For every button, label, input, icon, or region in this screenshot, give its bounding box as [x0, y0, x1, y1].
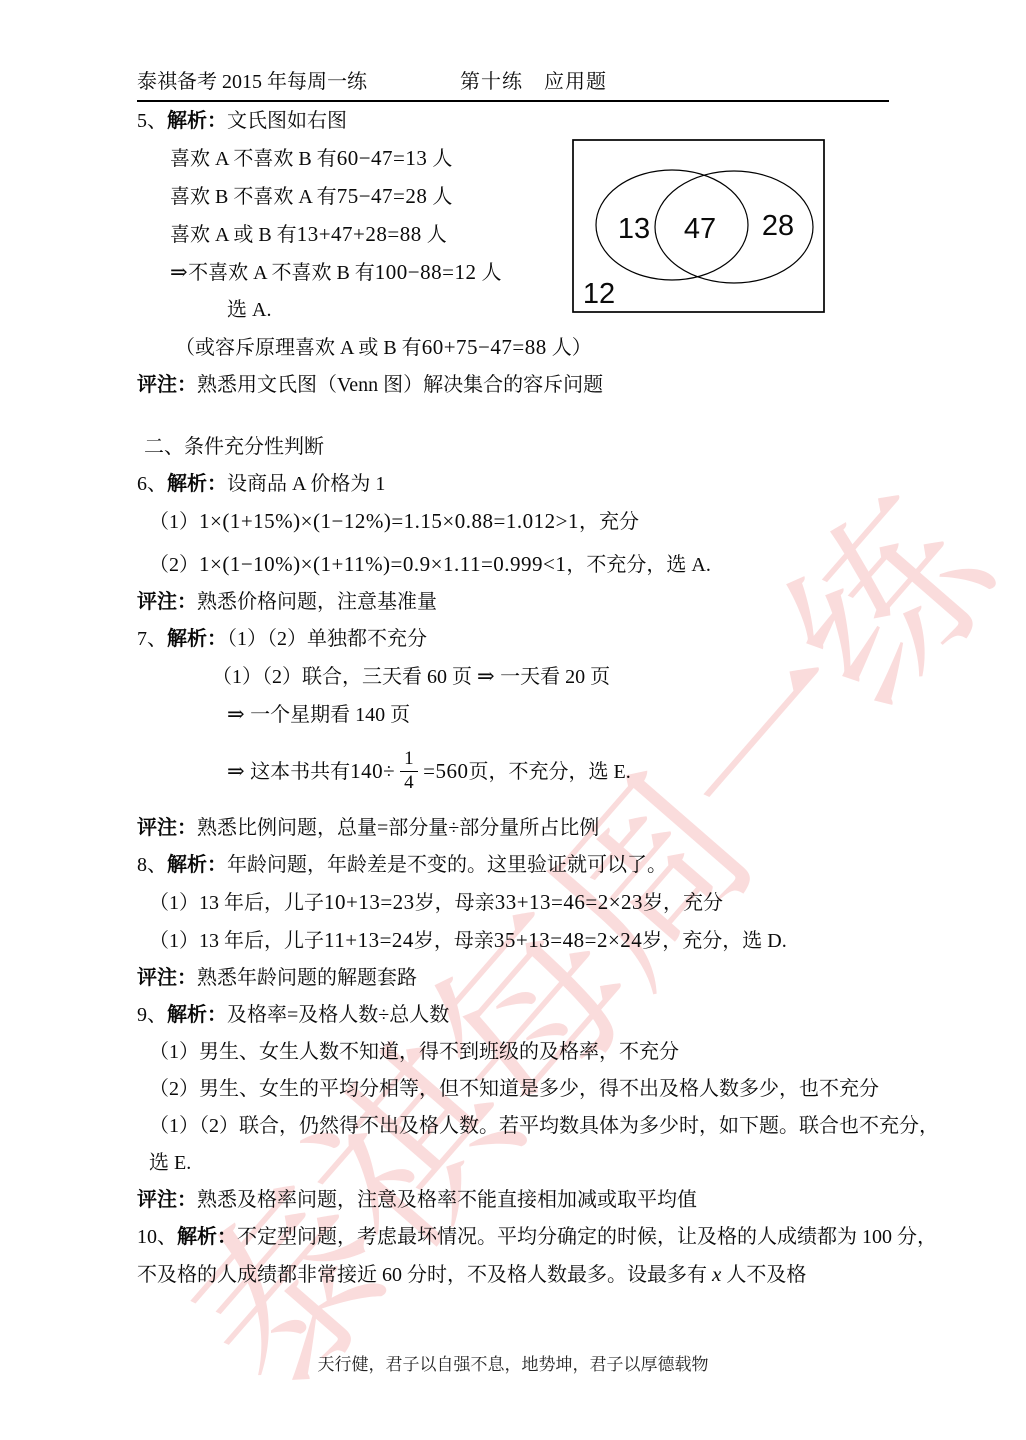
label-bold: 解析：	[167, 110, 227, 132]
math-segment: 33+13=46=2×23	[495, 890, 643, 914]
math-segment: 140÷	[350, 759, 395, 783]
text-segment: 熟悉价格问题，注意基准量	[197, 591, 437, 613]
text-segment: 选 E.	[149, 1152, 191, 1174]
label-bold: 评注：	[137, 591, 197, 613]
stacked-fraction: 14	[400, 749, 418, 794]
text-segment: 熟悉用文氏图（Venn 图）解决集合的容斥问题	[197, 374, 603, 396]
text-segment: 熟悉年龄问题的解题套路	[197, 967, 417, 989]
label-bold: 评注：	[137, 374, 197, 396]
text-line: 二、条件充分性判断	[137, 434, 906, 460]
label-bold: 评注：	[137, 817, 197, 839]
page-header: 泰祺备考 2015 年每周一练 第十练 应用题	[137, 70, 889, 102]
text-segment: 人不及格	[721, 1264, 806, 1286]
venn-label-right-only: 28	[762, 210, 794, 242]
text-line: 评注：熟悉比例问题，总量=部分量÷部分量所占比例	[137, 815, 906, 841]
math-segment: 1×(1−10%)×(1+11%)=0.9×1.11=0.999<1	[199, 552, 566, 576]
text-segment: ，充分	[579, 511, 639, 533]
math-segment: 60+75−47=88	[422, 335, 547, 359]
math-segment: 11+13=24	[324, 928, 414, 952]
text-line: ⇒ 这本书共有140÷14=560页，不充分，选 E.	[137, 739, 906, 804]
label-bold: 评注：	[137, 967, 197, 989]
text-segment: 选 A.	[227, 299, 271, 321]
math-segment: 100−88=12	[375, 260, 477, 284]
math-segment: =560	[423, 759, 468, 783]
text-segment: 二、条件充分性判断	[144, 436, 324, 458]
text-segment: 人）	[547, 337, 592, 359]
text-segment: 一天看 20 页	[495, 666, 610, 688]
text-line: 评注：熟悉价格问题，注意基准量	[137, 589, 906, 615]
venn-diagram: 13 47 28 12	[572, 139, 825, 313]
text-segment: （1）（2）联合，三天看 60 页	[212, 666, 477, 688]
header-left-title: 泰祺备考 2015 年每周一练	[137, 65, 367, 94]
text-line: （1）13 年后，儿子11+13=24岁，母亲35+13=48=2×24岁，充分…	[137, 927, 906, 954]
text-segment: 岁，母亲	[414, 930, 494, 952]
label-bold: 解析：	[167, 1004, 227, 1026]
text-segment: （1）13 年后，儿子	[149, 930, 324, 952]
label-bold: 解析：	[167, 628, 227, 650]
text-segment: 岁，充分，选 D.	[642, 930, 786, 952]
text-segment: 及格率=及格人数÷总人数	[227, 1004, 449, 1026]
label-bold: 解析：	[167, 473, 227, 495]
text-segment: 人	[476, 262, 501, 284]
text-segment: 人	[422, 224, 447, 246]
text-segment: 不定型问题，考虑最坏情况。平均分确定的时候，让及格的人成绩都为 100 分，	[237, 1226, 937, 1248]
text-segment: 7、	[137, 628, 167, 650]
text-segment: （1）	[149, 511, 199, 533]
text-line: 8、解析：年龄问题，年龄差是不变的。这里验证就可以了。	[137, 852, 906, 878]
math-segment: 75−47=28	[337, 184, 428, 208]
text-line: （2）1×(1−10%)×(1+11%)=0.9×1.11=0.999<1，不充…	[137, 551, 906, 578]
text-segment: 8、	[137, 854, 167, 876]
venn-svg: 13 47 28 12	[572, 139, 825, 313]
text-segment: 熟悉比例问题，总量=部分量÷部分量所占比例	[197, 817, 599, 839]
label-bold: 评注：	[137, 1189, 197, 1211]
text-segment: （2）	[149, 554, 199, 576]
text-line: （或容斥原理喜欢 A 或 B 有60+75−47=88 人）	[137, 334, 906, 361]
text-segment: 喜欢 A 不喜欢 B 有	[170, 148, 337, 170]
math-segment: 10+13=23	[324, 890, 415, 914]
text-segment: ，不充分，选 A.	[566, 554, 710, 576]
math-segment: ⇒	[170, 260, 188, 284]
text-segment: 页，不充分，选 E.	[468, 761, 630, 783]
text-segment: 不喜欢 A 不喜欢 B 有	[188, 262, 375, 284]
text-segment: （1）（2）联合，仍然得不出及格人数。若平均数具体为多少时，如下题。联合也不充分…	[149, 1115, 939, 1137]
header-right-title: 第十练 应用题	[460, 65, 607, 94]
text-line: （2）男生、女生的平均分相等，但不知道是多少，得不出及格人数多少，也不充分	[137, 1076, 906, 1102]
venn-label-outside: 12	[583, 278, 615, 310]
text-line: （1）（2）联合，仍然得不出及格人数。若平均数具体为多少时，如下题。联合也不充分…	[137, 1113, 906, 1139]
text-segment: 人	[427, 148, 452, 170]
text-segment: 岁，母亲	[415, 892, 495, 914]
venn-label-intersection: 47	[684, 213, 716, 245]
text-segment: 文氏图如右图	[227, 110, 347, 132]
text-line: （1）（2）联合，三天看 60 页 ⇒ 一天看 20 页	[137, 663, 906, 690]
math-segment: 1×(1+15%)×(1−12%)=1.15×0.88=1.012>1	[199, 509, 579, 533]
text-segment: 不及格的人成绩都非常接近 60 分时，不及格人数最多。设最多有	[137, 1264, 712, 1286]
text-segment: （2）男生、女生的平均分相等，但不知道是多少，得不出及格人数多少，也不充分	[149, 1078, 879, 1100]
text-segment: 一个星期看 140 页	[245, 704, 410, 726]
text-segment: 岁，充分	[643, 892, 723, 914]
math-segment: x	[712, 1262, 721, 1286]
text-segment: （1）13 年后，儿子	[149, 892, 324, 914]
text-segment: 10、	[137, 1226, 177, 1248]
text-segment: 设商品 A 价格为 1	[227, 473, 385, 495]
text-segment: 5、	[137, 110, 167, 132]
text-segment: （或容斥原理喜欢 A 或 B 有	[175, 337, 422, 359]
page-footer-motto: 天行健，君子以自强不息，地势坤，君子以厚德载物	[0, 1350, 1026, 1375]
label-bold: 解析：	[177, 1226, 237, 1248]
label-bold: 解析：	[167, 854, 227, 876]
math-segment: ⇒	[227, 702, 245, 726]
math-segment: ⇒	[227, 759, 245, 783]
text-segment: （1）男生、女生人数不知道，得不到班级的及格率，不充分	[149, 1041, 679, 1063]
text-segment: 年龄问题，年龄差是不变的。这里验证就可以了。	[227, 854, 667, 876]
text-line: 评注：熟悉用文氏图（Venn 图）解决集合的容斥问题	[137, 372, 906, 398]
math-segment: 35+13=48=2×24	[494, 928, 642, 952]
text-segment: 人	[427, 186, 452, 208]
math-segment: 13+47+28=88	[297, 222, 422, 246]
text-line: 9、解析：及格率=及格人数÷总人数	[137, 1002, 906, 1028]
text-segment: （1）（2）单独都不充分	[227, 628, 427, 650]
text-segment: 6、	[137, 473, 167, 495]
text-line: 7、解析：（1）（2）单独都不充分	[137, 626, 906, 652]
text-line: 6、解析：设商品 A 价格为 1	[137, 471, 906, 497]
text-segment: 喜欢 B 不喜欢 A 有	[170, 186, 337, 208]
text-line: 5、解析：文氏图如右图	[137, 108, 906, 134]
text-line: （1）13 年后，儿子10+13=23岁，母亲33+13=46=2×23岁，充分	[137, 889, 906, 916]
text-line: 选 E.	[137, 1150, 906, 1176]
text-segment: 熟悉及格率问题，注意及格率不能直接相加减或取平均值	[197, 1189, 697, 1211]
text-line: （1）1×(1+15%)×(1−12%)=1.15×0.88=1.012>1，充…	[137, 508, 906, 535]
text-segment: 这本书共有	[245, 761, 350, 783]
text-segment: 喜欢 A 或 B 有	[170, 224, 297, 246]
text-line: 评注：熟悉及格率问题，注意及格率不能直接相加减或取平均值	[137, 1187, 906, 1213]
text-line: 不及格的人成绩都非常接近 60 分时，不及格人数最多。设最多有 x 人不及格	[137, 1261, 906, 1288]
math-segment: 60−47=13	[337, 146, 428, 170]
text-line: （1）男生、女生人数不知道，得不到班级的及格率，不充分	[137, 1039, 906, 1065]
text-line: 评注：熟悉年龄问题的解题套路	[137, 965, 906, 991]
venn-label-left-only: 13	[618, 213, 650, 245]
text-segment: 9、	[137, 1004, 167, 1026]
document-page: 泰祺每周一练 泰祺备考 2015 年每周一练 第十练 应用题 5、解析：文氏图如…	[0, 0, 1026, 1440]
math-segment: ⇒	[477, 664, 495, 688]
text-line: 10、解析：不定型问题，考虑最坏情况。平均分确定的时候，让及格的人成绩都为 10…	[137, 1224, 906, 1250]
text-line: ⇒ 一个星期看 140 页	[137, 701, 906, 728]
